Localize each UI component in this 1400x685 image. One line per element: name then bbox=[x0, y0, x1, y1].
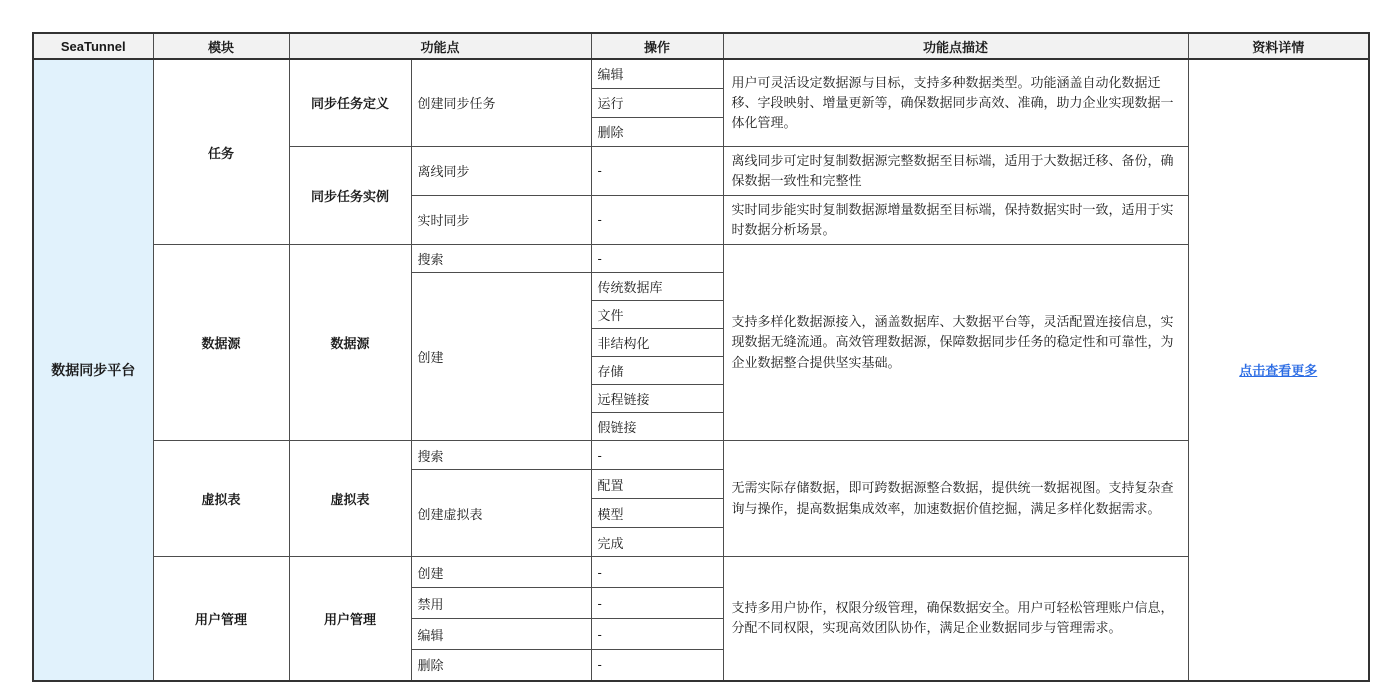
op-cell-datasource-search-dash: - bbox=[591, 245, 723, 273]
op-cell-virtual-search-dash: - bbox=[591, 441, 723, 470]
header-action: 操作 bbox=[591, 33, 723, 59]
op-cell-unstructured: 非结构化 bbox=[591, 329, 723, 357]
header-description: 功能点描述 bbox=[723, 33, 1188, 59]
header-platform: SeaTunnel bbox=[33, 33, 153, 59]
item-cell-create-sync-task: 创建同步任务 bbox=[411, 59, 591, 146]
op-cell-realtime-dash: - bbox=[591, 195, 723, 244]
module-cell-datasource: 数据源 bbox=[153, 245, 289, 441]
op-cell-configure: 配置 bbox=[591, 470, 723, 499]
feature-table: SeaTunnel 模块 功能点 操作 功能点描述 资料详情 数据同步平台 任务… bbox=[32, 32, 1370, 682]
desc-cell-virtual-table: 无需实际存储数据，即可跨数据源整合数据，提供统一数据视图。支持复杂查询与操作，提… bbox=[723, 441, 1188, 557]
op-cell-user-disable-dash: - bbox=[591, 588, 723, 619]
op-cell-file: 文件 bbox=[591, 301, 723, 329]
feature-cell-sync-task-definition: 同步任务定义 bbox=[289, 59, 411, 146]
desc-cell-realtime-sync: 实时同步能实时复制数据源增量数据至目标端，保持数据实时一致，适用于实时数据分析场… bbox=[723, 195, 1188, 244]
op-cell-fake-link: 假链接 bbox=[591, 413, 723, 441]
desc-cell-offline-sync: 离线同步可定时复制数据源完整数据至目标端，适用于大数据迁移、备份，确保数据一致性… bbox=[723, 146, 1188, 195]
feature-cell-datasource: 数据源 bbox=[289, 245, 411, 441]
op-cell-model: 模型 bbox=[591, 499, 723, 528]
feature-cell-user-management: 用户管理 bbox=[289, 557, 411, 681]
op-cell-user-create-dash: - bbox=[591, 557, 723, 588]
desc-cell-sync-task-definition: 用户可灵活设定数据源与目标，支持多种数据类型。功能涵盖自动化数据迁移、字段映射、… bbox=[723, 59, 1188, 146]
view-more-link[interactable]: 点击查看更多 bbox=[1239, 363, 1317, 378]
desc-cell-datasource: 支持多样化数据源接入，涵盖数据库、大数据平台等，灵活配置连接信息，实现数据无缝流… bbox=[723, 245, 1188, 441]
op-cell-finish: 完成 bbox=[591, 528, 723, 557]
header-detail: 资料详情 bbox=[1188, 33, 1369, 59]
item-cell-user-edit: 编辑 bbox=[411, 619, 591, 650]
item-cell-virtual-search: 搜索 bbox=[411, 441, 591, 470]
feature-cell-virtual-table: 虚拟表 bbox=[289, 441, 411, 557]
op-cell-user-delete-dash: - bbox=[591, 650, 723, 681]
item-cell-user-delete: 删除 bbox=[411, 650, 591, 681]
op-cell-delete: 删除 bbox=[591, 117, 723, 146]
item-cell-datasource-create: 创建 bbox=[411, 273, 591, 441]
op-cell-run: 运行 bbox=[591, 88, 723, 117]
module-cell-tasks: 任务 bbox=[153, 59, 289, 245]
platform-cell: 数据同步平台 bbox=[33, 59, 153, 681]
header-module: 模块 bbox=[153, 33, 289, 59]
item-cell-user-create: 创建 bbox=[411, 557, 591, 588]
op-cell-remote-link: 远程链接 bbox=[591, 385, 723, 413]
module-cell-virtual-table: 虚拟表 bbox=[153, 441, 289, 557]
detail-cell: 点击查看更多 bbox=[1188, 59, 1369, 681]
item-cell-realtime-sync: 实时同步 bbox=[411, 195, 591, 244]
header-feature: 功能点 bbox=[289, 33, 591, 59]
op-cell-offline-dash: - bbox=[591, 146, 723, 195]
op-cell-user-edit-dash: - bbox=[591, 619, 723, 650]
op-cell-edit: 编辑 bbox=[591, 59, 723, 88]
op-cell-traditional-db: 传统数据库 bbox=[591, 273, 723, 301]
item-cell-offline-sync: 离线同步 bbox=[411, 146, 591, 195]
desc-cell-user-management: 支持多用户协作，权限分级管理，确保数据安全。用户可轻松管理账户信息，分配不同权限… bbox=[723, 557, 1188, 681]
item-cell-user-disable: 禁用 bbox=[411, 588, 591, 619]
module-cell-user-management: 用户管理 bbox=[153, 557, 289, 681]
item-cell-datasource-search: 搜索 bbox=[411, 245, 591, 273]
feature-cell-sync-task-instance: 同步任务实例 bbox=[289, 146, 411, 245]
item-cell-create-virtual-table: 创建虚拟表 bbox=[411, 470, 591, 557]
op-cell-storage: 存储 bbox=[591, 357, 723, 385]
